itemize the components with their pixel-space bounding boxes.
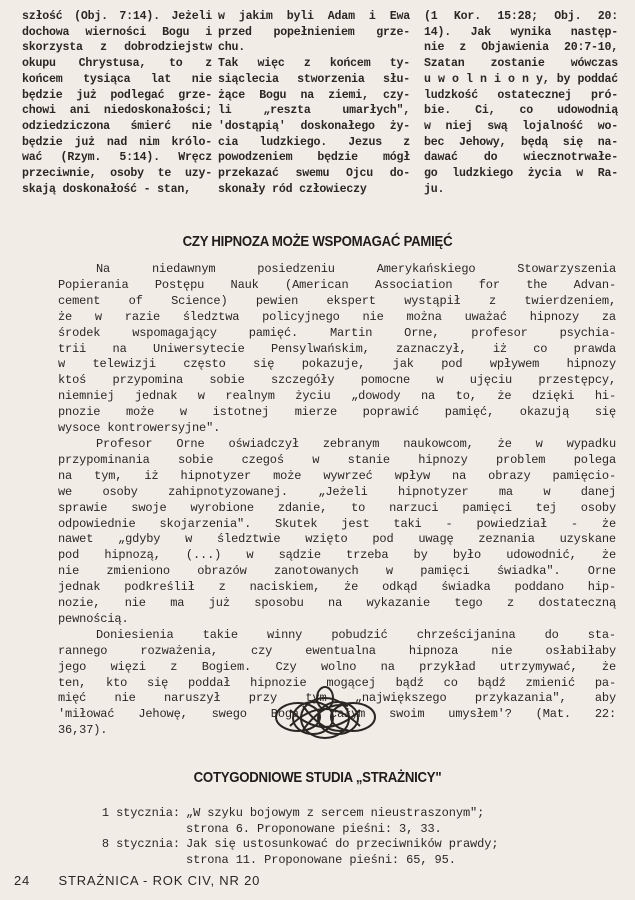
article-line: nawet „gdyby w śledztwie wzięto pod uwag… [58, 532, 616, 548]
text-line: przekazać swemu Ojcu do- [218, 166, 410, 182]
article-line: pewnością. [58, 612, 616, 628]
text-line: u w o l n i o n y, by poddać [424, 72, 618, 88]
weekly-studies-list: 1 stycznia: „W szyku bojowym z sercem ni… [85, 806, 625, 868]
article-line: nie zmieniono obrazów zanotowanych w pam… [58, 564, 616, 580]
article-line: nozie, nie ma już sposobu na wykazanie t… [58, 596, 616, 612]
article-line: Profesor Orne oświadczył zebranym naukow… [58, 437, 616, 453]
text-line: chu. [218, 40, 410, 56]
text-line: dochowa wierności Bogu i [22, 25, 212, 41]
study-text: „W szyku bojowym z sercem nieustraszonym… [186, 806, 484, 837]
studies-title: COTYGODNIOWE STUDIA „STRAŻNICY" [38, 769, 597, 786]
article-line: trii na Uniwersytecie Pensylwańskim, zaz… [58, 342, 616, 358]
article-line: przypominania sobie czegoś w stanie hipn… [58, 453, 616, 469]
article-line: Popierania Postępu Nauk (American Associ… [58, 278, 616, 294]
text-line: bec Jehowy, będą się na- [424, 135, 618, 151]
text-line: będzie już podlegać grze- [22, 88, 212, 104]
article-line: jego więzi z Bogiem. Czy wolno na przykł… [58, 660, 616, 676]
article-line: niemniej jednak w realnym życiu „dowody … [58, 389, 616, 405]
text-line: 'dostąpią' doskonałego ży- [218, 119, 410, 135]
text-line: żące Bogu na ziemi, czy- [218, 88, 410, 104]
text-column-1: szłość (Obj. 7:14). Jeżelidochowa wierno… [22, 9, 212, 197]
magazine-page: szłość (Obj. 7:14). Jeżelidochowa wierno… [0, 0, 635, 900]
page-number: 24 [14, 873, 30, 888]
article-line: że w razie śledztwa policyjnego nie możn… [58, 310, 616, 326]
text-line: w niej swą lojalność wo- [424, 119, 618, 135]
text-line: (1 Kor. 15:28; Obj. 20: [424, 9, 618, 25]
article-line: w telewizji często się pokazuje, jak pod… [58, 357, 616, 373]
text-line: Szatan zostanie wówczas [424, 56, 618, 72]
article-body: Na niedawnym posiedzeniu Amerykańskiego … [58, 262, 616, 739]
text-line: li „reszta umarłych", [218, 103, 410, 119]
article-line: wysoce kontrowersyjne". [58, 421, 616, 437]
text-line: chowi ani niedoskonałości; [22, 103, 212, 119]
text-column-3: (1 Kor. 15:28; Obj. 20:14). Jak wynika n… [424, 9, 618, 197]
text-line: bie. Ci, co udowodnią [424, 103, 618, 119]
text-line: dawać do wiecznotrwałe- [424, 150, 618, 166]
study-item: 8 stycznia: Jak się ustosunkować do prze… [85, 837, 625, 868]
study-date: 8 stycznia: [85, 837, 186, 868]
article-line: sprawie swoje wyrobione zdanie, to narzu… [58, 501, 616, 517]
text-line: 14). Jak wynika następ- [424, 25, 618, 41]
text-line: ju. [424, 182, 618, 198]
text-line: skorzysta z dobrodziejstw [22, 40, 212, 56]
text-line: siąclecia stworzenia słu- [218, 72, 410, 88]
text-line: końcem tysiąca lat nie [22, 72, 212, 88]
text-line: odziedziczona śmierć nie [22, 119, 212, 135]
text-column-2: w jakim byli Adam i Ewaprzed popełnienie… [218, 9, 410, 197]
text-line: wać (Rzym. 5:14). Wręcz [22, 150, 212, 166]
page-footer: 24 STRAŻNICA - ROK CIV, NR 20 [14, 873, 260, 888]
text-line: szłość (Obj. 7:14). Jeżeli [22, 9, 212, 25]
article-line: na tym, iż hipnotyzer może wywrzeć wpływ… [58, 469, 616, 485]
article-line: we osoby zahipnotyzowanej. „Jeżeli hipno… [58, 485, 616, 501]
study-text: Jak się ustosunkować do przeciwników pra… [186, 837, 498, 868]
article-line: środek wspomagający pamięć. Martin Orne,… [58, 326, 616, 342]
publication-info: STRAŻNICA - ROK CIV, NR 20 [58, 873, 260, 888]
text-line: ludzkość ostatecznej pró- [424, 88, 618, 104]
article-title: CZY HIPNOZA MOŻE WSPOMAGAĆ PAMIĘĆ [38, 233, 597, 250]
article-line: odpowiednie skojarzenia". Skutek jest ta… [58, 517, 616, 533]
text-line: przed popełnieniem grze- [218, 25, 410, 41]
text-line: będzie już nad nim królo- [22, 135, 212, 151]
text-line: skonały ród człowieczy [218, 182, 410, 198]
study-item: 1 stycznia: „W szyku bojowym z sercem ni… [85, 806, 625, 837]
text-line: Tak więc z końcem ty- [218, 56, 410, 72]
article-line: Na niedawnym posiedzeniu Amerykańskiego … [58, 262, 616, 278]
text-line: cia ludzkiego. Jezus z [218, 135, 410, 151]
study-date: 1 stycznia: [85, 806, 186, 837]
text-line: przeciwnie, osoby te uzy- [22, 166, 212, 182]
text-line: powodzeniem będzie mógł [218, 150, 410, 166]
article-line: cement of Science) pewien ekspert wystąp… [58, 294, 616, 310]
article-line: jednak podkreślił z naciskiem, że odkąd … [58, 580, 616, 596]
text-line: go ludzkiego życia w Ra- [424, 166, 618, 182]
article-line: pnozie może w istotnej mierze poprawić p… [58, 405, 616, 421]
text-line: skają doskonałość - stan, [22, 182, 212, 198]
decorative-knot-ornament-icon [268, 684, 383, 744]
article-line: Doniesienia takie winny pobudzić chrześc… [58, 628, 616, 644]
article-line: pod hipnozą, (...) w sądzie trzeba by by… [58, 548, 616, 564]
text-line: w jakim byli Adam i Ewa [218, 9, 410, 25]
article-line: rannego rozważenia, czy ewentualna hipno… [58, 644, 616, 660]
article-line: ktoś przypomina sobie szczegóły pomocne … [58, 373, 616, 389]
text-line: nie z Objawienia 20:7-10, [424, 40, 618, 56]
text-line: okupu Chrystusa, to z [22, 56, 212, 72]
